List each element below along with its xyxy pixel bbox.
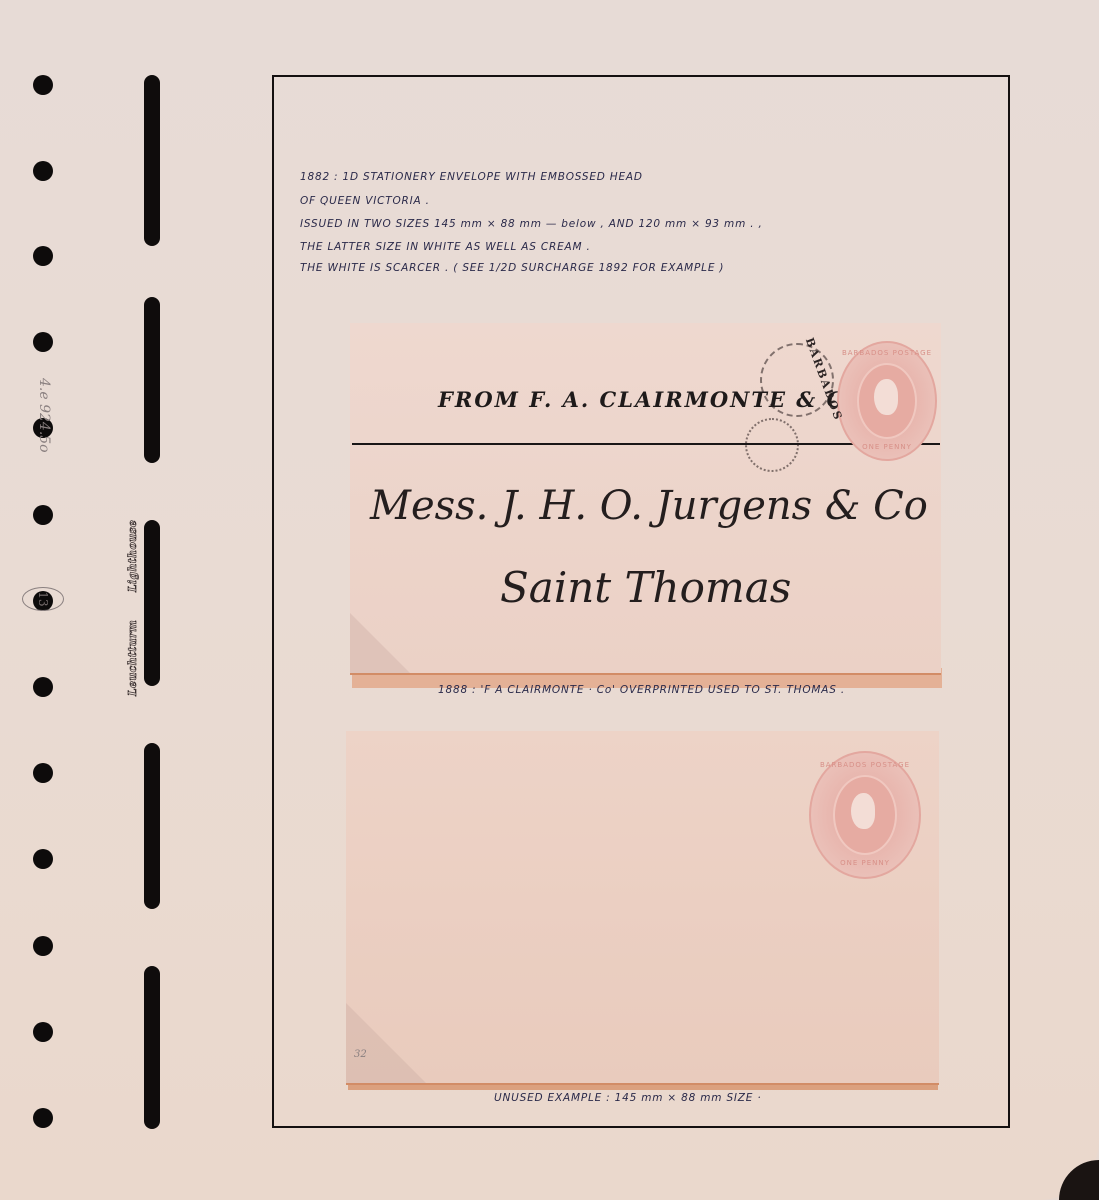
envelope-flap [346,1003,426,1083]
punch-hole [33,246,53,266]
pencil-catalog-note: 4.e 924.5o [36,378,52,453]
used-envelope-caption: 1888 : 'F A CLAIRMONTE · Co' OVERPRINTED… [438,684,845,696]
punch-hole [33,161,53,181]
pencil-page-number: 13 [22,587,64,611]
address-line-1: Mess. J. H. O. Jurgens & Co [370,483,928,529]
page-corner-shadow [1059,1160,1099,1200]
binder-slot [144,520,160,686]
embossed-stamp: BARBADOS POSTAGE ONE PENNY [837,341,937,461]
punch-hole [33,763,53,783]
pencil-mark: 32 [354,1049,367,1060]
binder-slot [144,297,160,463]
brand-leuchtturm: Leuchtturm [126,620,139,696]
caption-line: THE WHITE IS SCARCER . ( SEE 1/2D SURCHA… [300,262,724,274]
caption-line: OF QUEEN VICTORIA . [300,195,430,207]
caption-line: THE LATTER SIZE IN WHITE AS WELL AS CREA… [300,241,591,253]
queen-victoria-head-icon [874,379,898,415]
unused-envelope-caption: UNUSED EXAMPLE : 145 mm × 88 mm SIZE · [494,1092,762,1104]
binder-slot [144,75,160,246]
stamp-top-text: BARBADOS POSTAGE [839,349,935,357]
stamp-oval [833,775,897,855]
stamp-top-text: BARBADOS POSTAGE [811,761,919,769]
punch-hole [33,677,53,697]
envelope-flap [350,613,410,673]
punch-hole [33,505,53,525]
caption-line: 1882 : 1D STATIONERY ENVELOPE WITH EMBOS… [300,171,643,183]
embossed-stamp: BARBADOS POSTAGE ONE PENNY [809,751,921,879]
binder-slot [144,966,160,1129]
postmark-partial [745,418,799,472]
stamp-oval [857,363,917,439]
brand-lighthouse: Lighthouse [126,520,139,592]
punch-hole [33,849,53,869]
album-page: Leuchtturm Lighthouse 4.e 924.5o 13 1882… [0,0,1099,1200]
punch-hole [33,332,53,352]
queen-victoria-head-icon [851,793,875,829]
caption-line: ISSUED IN TWO SIZES 145 mm × 88 mm — bel… [300,218,763,230]
address-line-2: Saint Thomas [500,563,791,612]
punch-hole [33,1108,53,1128]
stamp-bottom-text: ONE PENNY [839,443,935,451]
stamp-bottom-text: ONE PENNY [811,859,919,867]
used-envelope: FROM F. A. CLAIRMONTE & CO. BARBADOS POS… [350,323,941,673]
unused-envelope: BARBADOS POSTAGE ONE PENNY 32 [346,731,939,1083]
binder-slot [144,743,160,909]
punch-hole [33,75,53,95]
punch-hole [33,936,53,956]
punch-hole [33,1022,53,1042]
